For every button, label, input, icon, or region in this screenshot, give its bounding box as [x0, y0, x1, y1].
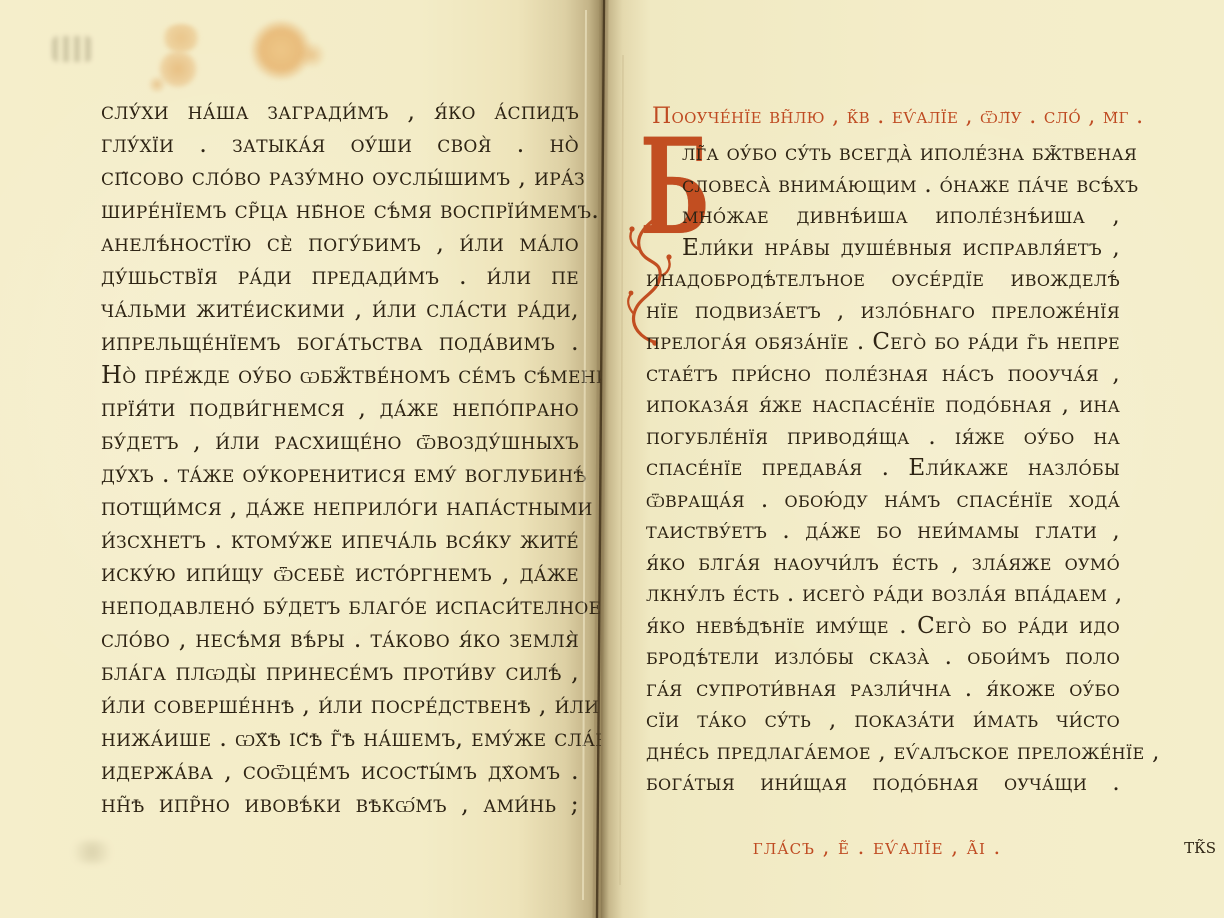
text-line: глу́хїи . затыка́я оу́ши своя̀ . но̀	[101, 128, 579, 161]
text-line: ипрельще́нїемъ бога́тьства пода́вимъ .	[101, 326, 579, 359]
text-line: нижа́ише . ѡх̃ѣ іс̃ѣ г̃ѣ на́шемъ, ему́же…	[101, 722, 579, 755]
text-line: мно́жае дивнѣ́иша иполе́знѣ́иша ,	[646, 201, 1120, 233]
paper-stain	[297, 42, 327, 68]
text-line: я́ко невѣ́дѣнїе иму́ще . Сего̀ бо ра́ди …	[646, 611, 1120, 643]
text-line: ѿвраща́я . обою́ду на́мъ спасе́нїе хода́	[646, 485, 1120, 517]
text-line: сло́во , несѣ́мя вѣ́ры . та́ково я́ко зе…	[101, 623, 579, 656]
text-line: ду́шьствїя ра́ди предади́мъ . и́ли пе	[101, 260, 579, 293]
text-line: и́ли соверше́ннѣ , и́ли посре́дственѣ , …	[101, 689, 579, 722]
text-line: и́зсхнетъ . ктому́же ипеча́ль вся́ку жит…	[101, 524, 579, 557]
left-page-text-block: слу́хи на́ша загради́мъ , я́ко а́спидъгл…	[101, 95, 579, 821]
paper-stain	[160, 24, 202, 52]
text-line: сїи та́ко су́ть , показа́ти и́мать чи́ст…	[646, 705, 1120, 737]
text-line: дне́сь предлага́емое , еѵ́алъское прелож…	[646, 737, 1120, 769]
paper-stain	[158, 50, 198, 88]
text-line: ча́льми жите́искими , и́ли сла́сти ра́ди…	[101, 293, 579, 326]
text-line: бла́га плѡды̀ принесе́мъ проти́ву силѣ́ …	[101, 656, 579, 689]
text-line: я́ко бл̃га́я наоучи́лъ е́сть , зла́яже о…	[646, 548, 1120, 580]
text-line: Но̀ пре́жде оу́бо ѡбж̃тве́номъ се́мъ сѣ́…	[101, 359, 579, 392]
text-line: Ели́ки нра́вы душе́вныя исправля́етъ ,	[646, 233, 1120, 265]
book-spread: слу́хи на́ша загради́мъ , я́ко а́спидъгл…	[0, 0, 1224, 918]
chapter-heading-rubric: Пооуче́нїе вн̃лю , к̃в . еѵ́алїе , ѿл̃у …	[652, 101, 1104, 133]
text-line: бродѣ́тели изло́бы сказа̀ . обои́мъ поло	[646, 642, 1120, 674]
text-line: словеса̀ внима́ющим . о́наже па́че всѣ́х…	[646, 170, 1120, 202]
text-line: шире́нїемъ ср̃ца нб̃ное сѣ́мя воспрїи́ме…	[101, 194, 579, 227]
text-line: спасе́нїе предава́я . Ели́каже назло́бы	[646, 453, 1120, 485]
text-line: сп̃сово сло́во разу́мно оуслы́шимъ , ира…	[101, 161, 579, 194]
ink-showthrough	[52, 36, 92, 62]
text-line: прелога́я обяза́нїе . Сего̀ бо ра́ди г̃ь…	[646, 327, 1120, 359]
page-left: слу́хи на́ша загради́мъ , я́ко а́спидъгл…	[0, 0, 601, 918]
text-line: идержа́ва , соѿце́мъ исост̃ы́мъ дх̃омъ .	[101, 755, 579, 788]
text-line: нїе подвиза́етъ , изло́бнаго преложе́нїя	[646, 296, 1120, 328]
paper-stain	[249, 20, 313, 80]
text-line: ду́хъ . та́же оу́коренитися ему́ воглуби…	[101, 458, 579, 491]
paper-stain	[147, 76, 167, 93]
text-line: иску́ю ипи́щу ѿсебѐ исто́ргнемъ , да́же	[101, 557, 579, 590]
text-line: таиству́етъ . да́же бо неи́мамы гл̃ати ,	[646, 516, 1120, 548]
text-line: слу́хи на́ша загради́мъ , я́ко а́спидъ	[101, 95, 579, 128]
text-line: бога́тыя ини́щая подо́бная оуча́щи .	[646, 768, 1120, 800]
text-line: га́я супроти́вная разли́чна . я́коже оу́…	[646, 674, 1120, 706]
liturgical-footer-rubric: гла́съ , е̃ . еѵ́алїе , а̃і .	[712, 832, 1042, 862]
paper-smudge	[68, 840, 116, 864]
text-line: нн̃ѣ ипр̃но ивовѣ́ки вѣкѡ́мъ , ами́нь ;	[101, 788, 579, 821]
text-line: анелѣ́ностїю сѐ погу́бимъ , и́ли ма́ло	[101, 227, 579, 260]
folio-number: тк̃ѕ	[1152, 832, 1216, 862]
text-line: погубле́нїя приводя́ща . ія́же оу́бо на	[646, 422, 1120, 454]
text-line: инадобродѣ́телъное оусе́рдїе ивожделѣ́	[646, 264, 1120, 296]
text-line: лкну́лъ е́сть . исего̀ ра́ди возла́я впа…	[646, 579, 1120, 611]
text-line: бу́детъ , и́ли расхище́но ѿвозду́шныхъ	[101, 425, 579, 458]
text-line: прїя́ти подви́гнемся , да́же непо́прано	[101, 392, 579, 425]
text-line: лг̃а оу́бо су́ть всегда̀ иполе́зна бж̃тв…	[646, 138, 1120, 170]
text-line: стае́тъ при́сно поле́зная на́съ пооуча́я…	[646, 359, 1120, 391]
text-line: неподавлено́ бу́детъ благо́е испаси́телн…	[101, 590, 579, 623]
right-page-text-block: лг̃а оу́бо су́ть всегда̀ иполе́зна бж̃тв…	[646, 138, 1120, 800]
text-line: потщи́мся , да́же неприло́ги напа́стными	[101, 491, 579, 524]
text-line: ипоказа́я я́же наспасе́нїе подо́бная , и…	[646, 390, 1120, 422]
